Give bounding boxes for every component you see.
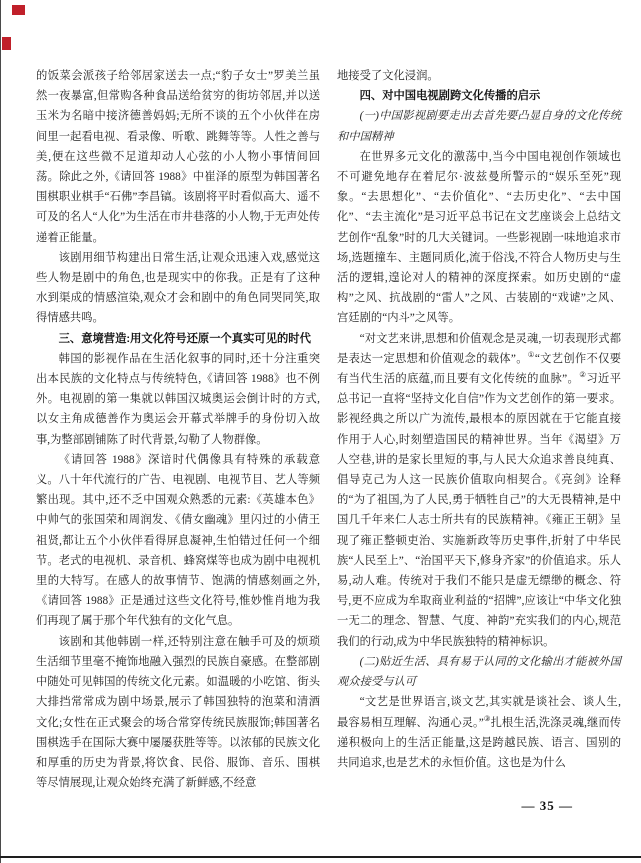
footnote-ref-3: ③ bbox=[484, 714, 491, 723]
two-column-text-area: 的饭菜会派孩子给邻居家送去一点;“豹子女士”罗美兰虽然一夜暴富,但常购各种食品送… bbox=[36, 66, 621, 793]
paragraph: “文艺是世界语言,谈文艺,其实就是谈社会、谈人生,最容易相互理解、沟通心灵。”③… bbox=[337, 692, 621, 773]
document-page: 的饭菜会派孩子给邻居家送去一点;“豹子女士”罗美兰虽然一夜暴富,但常购各种食品送… bbox=[0, 0, 641, 863]
red-scan-mark-left bbox=[2, 37, 11, 50]
scan-edge-left-line bbox=[0, 0, 1, 863]
subsection-heading-2: (二)贴近生活、具有易于认同的文化输出才能被外国观众接受与认可 bbox=[337, 652, 621, 692]
paragraph: 该剧和其他韩剧一样,还特别注意在触手可及的烦琐生活细节里毫不掩饰地融入强烈的民族… bbox=[36, 632, 320, 794]
paragraph: “对文艺来讲,思想和价值观念是灵魂,一切表现形式都是表达一定思想和价值观念的载体… bbox=[337, 329, 621, 652]
left-column: 的饭菜会派孩子给邻居家送去一点;“豹子女士”罗美兰虽然一夜暴富,但常购各种食品送… bbox=[36, 66, 320, 793]
paragraph: 在世界多元文化的激荡中,当今中国电视创作领域也不可避免地存在着尼尔·波兹曼所警示… bbox=[337, 147, 621, 329]
paragraph: 《请回答 1988》深谙时代偶像具有特殊的承载意义。八十年代流行的广告、电视剧、… bbox=[36, 450, 320, 632]
scan-edge-bottom-line bbox=[0, 856, 641, 858]
right-column: 地接受了文化浸润。 四、对中国电视剧跨文化传播的启示 (一)中国影视剧要走出去首… bbox=[337, 66, 621, 793]
paragraph: 的饭菜会派孩子给邻居家送去一点;“豹子女士”罗美兰虽然一夜暴富,但常购各种食品送… bbox=[36, 66, 320, 248]
footnote-ref-1: ① bbox=[528, 350, 535, 359]
subsection-heading-1: (一)中国影视剧要走出去首先要凸显自身的文化传统和中国精神 bbox=[337, 106, 621, 146]
section-heading-4: 四、对中国电视剧跨文化传播的启示 bbox=[337, 86, 621, 106]
paragraph: 地接受了文化浸润。 bbox=[337, 66, 621, 86]
section-heading-3: 三、意境营造:用文化符号还原一个真实可见的时代 bbox=[36, 329, 320, 349]
paragraph: 韩国的影视作品在生活化叙事的同时,还十分注重突出本民族的文化特点与传统特色,《请… bbox=[36, 349, 320, 450]
paragraph-text: 习近平总书记一直将“坚持文化自信”作为文艺创作的第一要求。影视经典之所以广为流传… bbox=[337, 373, 621, 648]
red-scan-mark-top bbox=[12, 5, 25, 15]
page-number: — 35 — bbox=[522, 798, 574, 814]
paragraph: 该剧用细节构建出日常生活,让观众迅速入戏,感觉这些人物是剧中的角色,也是现实中的… bbox=[36, 248, 320, 329]
